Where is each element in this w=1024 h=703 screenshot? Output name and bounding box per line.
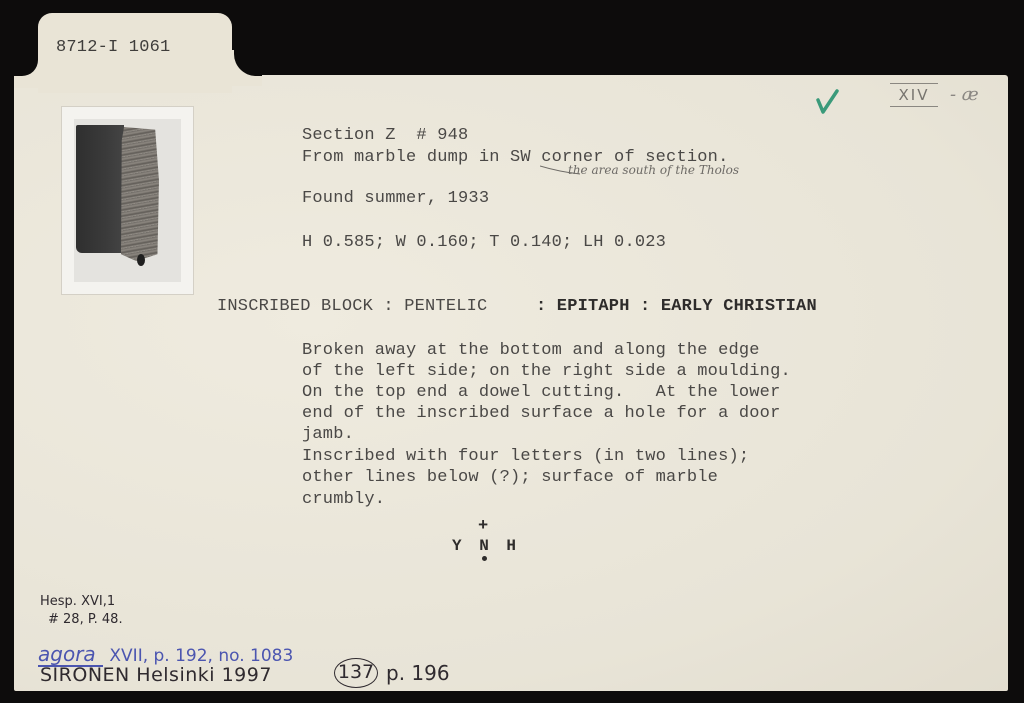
findspot-annotation: the area south of the Tholos <box>568 163 739 177</box>
sublinear-dot <box>482 556 487 561</box>
card-tab-label: 8712-I 1061 <box>56 38 170 57</box>
stone-inscribed-face <box>121 127 159 261</box>
stone-door-jamb-hole <box>137 254 145 266</box>
cross-symbol: + <box>478 520 488 534</box>
description-line: jamb. <box>302 425 354 444</box>
checkmark-icon <box>815 88 839 116</box>
sironen-page: p. 196 <box>386 661 450 685</box>
description-line: Broken away at the bottom and along the … <box>302 341 760 360</box>
sironen-catalog-number: 137 <box>334 658 378 688</box>
object-photo <box>61 106 194 295</box>
agora-word: agora <box>38 642 96 666</box>
dimensions-line: H 0.585; W 0.160; T 0.140; LH 0.023 <box>302 233 666 252</box>
sironen-reference: SIRONEN Helsinki 1997 <box>40 664 272 686</box>
classification-material: INSCRIBED BLOCK : PENTELIC <box>217 297 487 316</box>
description-line: of the left side; on the right side a mo… <box>302 362 791 381</box>
section-line: Section Z # 948 <box>302 126 468 145</box>
roman-numeral-suffix: - æ <box>950 84 979 105</box>
stone-shadow-side <box>76 125 124 253</box>
description-line: crumbly. <box>302 490 385 509</box>
description-line: On the top end a dowel cutting. At the l… <box>302 383 780 402</box>
description-line: other lines below (?); surface of marble <box>302 468 718 487</box>
inscription-letters: Y N H <box>452 537 520 555</box>
description-line: end of the inscribed surface a hole for … <box>302 404 780 423</box>
hesperia-reference-line2: # 28, P. 48. <box>48 612 123 627</box>
found-line: Found summer, 1933 <box>302 189 489 208</box>
photo-print <box>74 119 181 282</box>
roman-numeral-mark: XIV <box>890 83 938 107</box>
hesperia-reference-line1: Hesp. XVI,1 <box>40 594 115 609</box>
description-line: Inscribed with four letters (in two line… <box>302 447 749 466</box>
agora-reference: XVII, p. 192, no. 1083 <box>104 646 293 666</box>
inscription-transcription: + Y N H <box>452 520 522 565</box>
classification-type: : EPITAPH : EARLY CHRISTIAN <box>536 297 817 316</box>
